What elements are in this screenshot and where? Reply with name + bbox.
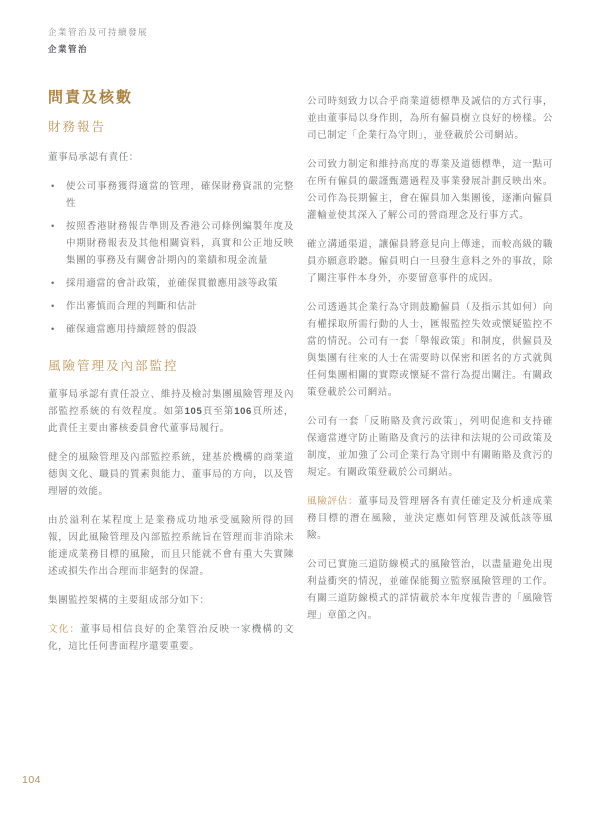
bullet-item: 使公司事務獲得適當的管理，確保財務資訊的完整性 xyxy=(48,178,294,212)
header-chapter-title: 企業管治 xyxy=(48,43,148,55)
paragraph-text: 頁至第 xyxy=(202,406,234,417)
paragraph: 公司有一套「反賄賂及貪污政策」，列明促進和支持確保適當遵守防止賄賂及貪污的法律和… xyxy=(307,413,553,481)
risk-assessment-label: 風險評估： xyxy=(307,496,358,507)
subheading-risk-management: 風險管理及內部監控 xyxy=(48,356,294,374)
intro-paragraph: 董事局承認有責任： xyxy=(48,149,294,166)
two-column-body: 問責及核數 財務報告 董事局承認有責任： 使公司事務獲得適當的管理，確保財務資訊… xyxy=(48,86,553,667)
bullet-item: 確保適當應用持續經營的假設 xyxy=(48,321,294,338)
left-column: 問責及核數 財務報告 董事局承認有責任： 使公司事務獲得適當的管理，確保財務資訊… xyxy=(48,86,294,667)
page-number: 104 xyxy=(22,774,41,786)
bullet-item: 作出審慎而合理的判斷和估計 xyxy=(48,298,294,315)
bullet-item: 採用適當的會計政策，並確保貫徹應用該等政策 xyxy=(48,275,294,292)
responsibility-bullet-list: 使公司事務獲得適當的管理，確保財務資訊的完整性 按照香港財務報告準則及香港公司條… xyxy=(48,178,294,338)
subheading-financial-reporting: 財務報告 xyxy=(48,117,294,135)
culture-paragraph: 文化：董事局相信良好的企業管治反映一家機構的文化，這比任何書面程序還要重要。 xyxy=(48,621,294,655)
risk-responsibility-paragraph: 董事局承認有責任設立、維持及檢討集團風險管理及內部監控系統的有效程度。如第105… xyxy=(48,386,294,437)
paragraph: 集團監控架構的主要組成部分如下： xyxy=(48,592,294,609)
page-reference: 105 xyxy=(185,406,203,417)
paragraph-text: 董事局相信良好的企業管治反映一家機構的文化，這比任何書面程序還要重要。 xyxy=(48,624,294,652)
paragraph: 公司致力制定和維持高度的專業及道德標準，這一點可在所有僱員的嚴謹甄選過程及事業發… xyxy=(307,156,553,224)
page-reference: 106 xyxy=(234,406,252,417)
right-column: 公司時刻致力以合乎商業道德標準及誠信的方式行事，並由董事局以身作則，為所有僱員樹… xyxy=(307,86,553,667)
paragraph: 公司時刻致力以合乎商業道德標準及誠信的方式行事，並由董事局以身作則，為所有僱員樹… xyxy=(307,93,553,144)
paragraph: 公司已實施三道防線模式的風險管治，以盡量避免出現利益衝突的情況，並確保能獨立監察… xyxy=(307,556,553,624)
report-page: 企業管治及可持續發展 企業管治 問責及核數 財務報告 董事局承認有責任： 使公司… xyxy=(0,0,600,814)
page-header: 企業管治及可持續發展 企業管治 xyxy=(48,26,148,55)
risk-assessment-paragraph: 風險評估：董事局及管理層各有責任確定及分析達成業務目標的潛在風險，並決定應如何管… xyxy=(307,493,553,544)
paragraph: 健全的風險管理及內部監控系統，建基於機構的商業道德與文化、職員的質素與能力、董事… xyxy=(48,449,294,500)
paragraph: 由於溢利在某程度上是業務成功地承受風險所得的回報，因此風險管理及內部監控系統旨在… xyxy=(48,512,294,580)
culture-label: 文化： xyxy=(48,624,80,635)
header-section-path: 企業管治及可持續發展 xyxy=(48,26,148,38)
section-title: 問責及核數 xyxy=(48,86,294,107)
bullet-item: 按照香港財務報告準則及香港公司條例編製年度及中期財務報表及其他相關資料，真實和公… xyxy=(48,218,294,269)
paragraph: 確立溝通渠道，讓僱員將意見向上傳達，而較高級的職員亦願意聆聽。僱員明白一旦發生意… xyxy=(307,236,553,287)
paragraph: 公司透過其企業行為守則鼓勵僱員（及指示其如何）向有權採取所需行動的人士，匯報監控… xyxy=(307,299,553,401)
